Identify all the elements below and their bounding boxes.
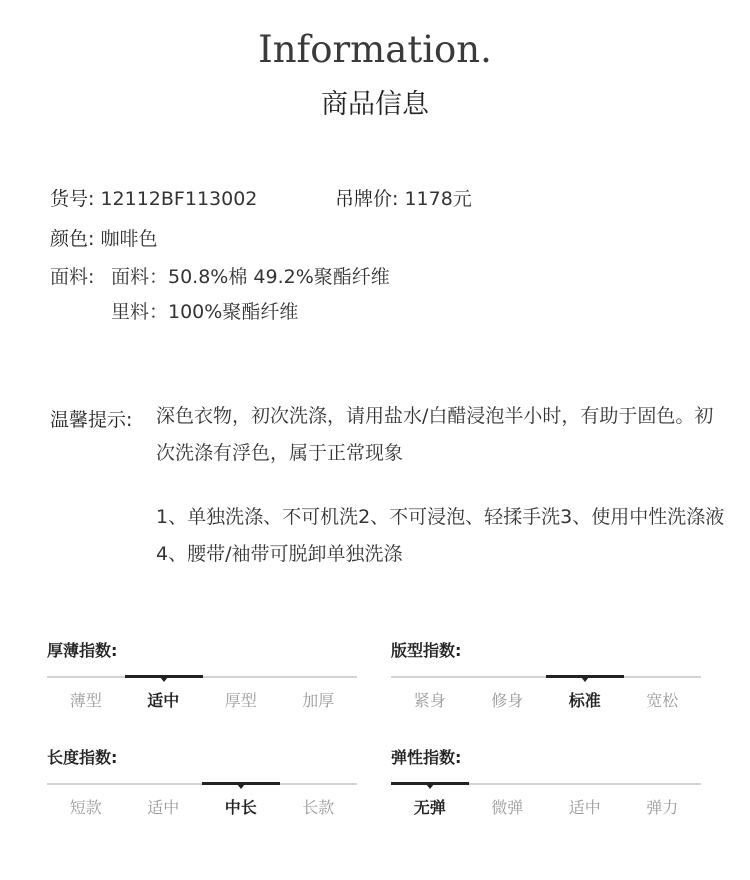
- scale-option: 弹力: [624, 795, 702, 818]
- scale-option: 宽松: [624, 688, 702, 711]
- fabric-lining: 里料：100%聚酯纤维: [111, 297, 298, 324]
- scale-track: [391, 676, 701, 678]
- price-label: 吊牌价:: [335, 188, 398, 210]
- price-value: 1178元: [404, 188, 471, 210]
- scale-track: [47, 676, 357, 678]
- fabric-outer: 面料：50.8%棉 49.2%聚酯纤维: [111, 262, 390, 289]
- scale-option: 适中: [546, 795, 624, 818]
- color-row: 颜色: 咖啡色: [50, 224, 157, 251]
- scale-selected-indicator: [202, 782, 280, 785]
- scale-track: [391, 783, 701, 785]
- scale-title: 长度指数:: [47, 745, 357, 769]
- scale-option: 修身: [469, 688, 547, 711]
- scale-option: 厚型: [202, 688, 280, 711]
- scale-title: 弹性指数:: [391, 745, 701, 769]
- scale-option: 微弹: [469, 795, 547, 818]
- scale-option: 紧身: [391, 688, 469, 711]
- fabric-label: 面料:: [50, 262, 94, 289]
- title-chinese: 商品信息: [0, 82, 750, 121]
- scale-selected-indicator: [125, 675, 203, 678]
- scale-option: 适中: [125, 795, 203, 818]
- scale-option: 短款: [47, 795, 125, 818]
- sku-label: 货号:: [50, 188, 94, 210]
- color-value: 咖啡色: [100, 228, 157, 250]
- scale-title: 厚薄指数:: [47, 638, 357, 662]
- tips-paragraph-1: 深色衣物，初次洗涤，请用盐水/白醋浸泡半小时，有助于固色。初次洗涤有浮色，属于正…: [156, 398, 726, 472]
- title-english: Information.: [0, 28, 750, 71]
- scale-option: 中长: [202, 795, 280, 818]
- scale-selected-indicator: [391, 782, 469, 785]
- scale-option: 薄型: [47, 688, 125, 711]
- price-row: 吊牌价: 1178元: [335, 184, 472, 211]
- scale-option: 适中: [125, 688, 203, 711]
- tips-label: 温馨提示:: [50, 405, 132, 432]
- sku-row: 货号: 12112BF113002: [50, 184, 257, 211]
- scale-selected-indicator: [546, 675, 624, 678]
- scale-option: 加厚: [280, 688, 358, 711]
- scale-option: 标准: [546, 688, 624, 711]
- scale-option: 无弹: [391, 795, 469, 818]
- scale-option: 长款: [280, 795, 358, 818]
- scale-2: 长度指数: 短款适中中长长款: [47, 745, 357, 818]
- scale-0: 厚薄指数: 薄型适中厚型加厚: [47, 638, 357, 711]
- tips-paragraph-2: 1、单独洗涤、不可机洗2、不可浸泡、轻揉手洗3、使用中性洗涤液4、腰带/袖带可脱…: [156, 499, 726, 573]
- scale-title: 版型指数:: [391, 638, 701, 662]
- scale-3: 弹性指数: 无弹微弹适中弹力: [391, 745, 701, 818]
- sku-value: 12112BF113002: [100, 188, 257, 210]
- color-label: 颜色:: [50, 228, 94, 250]
- scale-1: 版型指数: 紧身修身标准宽松: [391, 638, 701, 711]
- scale-track: [47, 783, 357, 785]
